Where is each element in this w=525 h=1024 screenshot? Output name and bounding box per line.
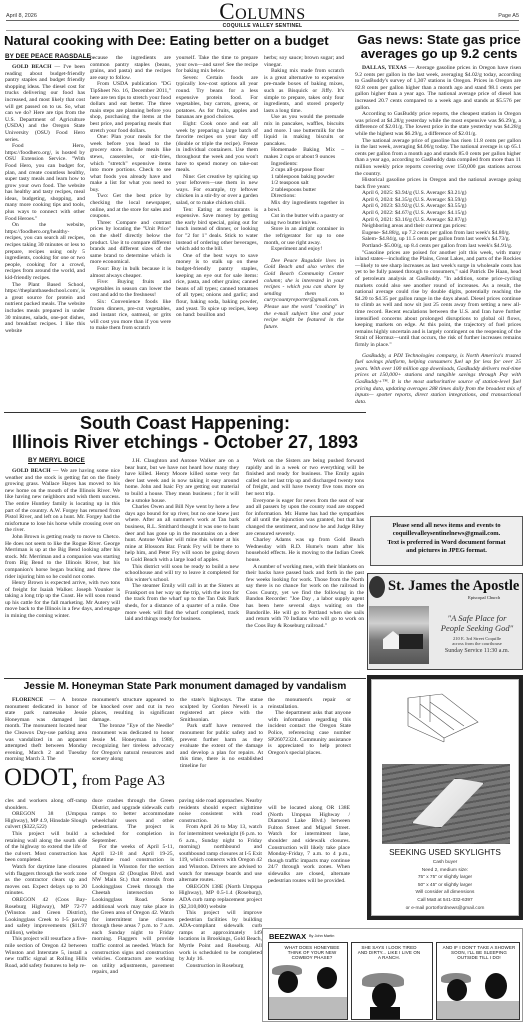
skylight-photo (382, 764, 510, 844)
skylights-ad-inner: SEEKING USED SKYLIGHTS Cash buyer Need 2… (371, 679, 519, 916)
paragraph: OREGON 42 (Coos Bay-Roseburg Highway), M… (5, 897, 87, 937)
paragraph: This district will soon be ready to buil… (125, 564, 239, 584)
paragraph: The bronze "Eye of the Needle" monument … (92, 723, 174, 763)
paragraph: For the weeks of April 5-11, April 12-18… (92, 844, 174, 976)
cooking-byline: BY DEE PEACE RAGSDALE (5, 53, 91, 60)
ad-line: Cash buyer (372, 859, 518, 867)
skylights-details: Cash buyer Need 2, medium size: 75" x 75… (372, 859, 518, 912)
notice-line: Text is preferred in Word document forma… (371, 539, 522, 547)
paragraph: FLORENCE — A bronze monument dedicated i… (5, 697, 87, 763)
paragraph: This project will improve pedestrian fac… (179, 910, 262, 963)
paragraph: Charles Owen and Bill Nye went by here a… (125, 504, 239, 563)
bar-counter (437, 1001, 519, 1019)
skylights-title: SEEKING USED SKYLIGHTS (372, 848, 518, 857)
church-roof (399, 634, 423, 649)
paragraph: Nine: Get creative by spicing up your le… (176, 174, 258, 207)
odot-headline-main: ODOT, (4, 764, 78, 791)
character-face (317, 967, 337, 989)
cooking-col-3: yourself. Take the time to prepare your … (176, 55, 258, 319)
character-shirt (370, 1007, 400, 1019)
paragraph: OREGON 138E (North Umpqua Highway), MP 0… (179, 884, 262, 910)
paragraph: Mix dry ingredients together in a bowl. (264, 200, 344, 213)
odot-col-4: will be located along OR 138E (North Ump… (268, 805, 350, 884)
paragraph: OREGON 38 (Umpqua Highway), MP 4.9, Hins… (5, 811, 87, 831)
submission-notice: Please send all news items and events to… (370, 516, 523, 566)
paragraph: Store in an airtight container in the re… (264, 226, 344, 246)
happening-headline-line-1: South Coast Happening: (4, 414, 366, 433)
neighbor-price: Portland- $5.00/g, up 8.4 cents per gall… (355, 243, 521, 250)
paragraph: According to GasBuddy price reports, the… (355, 111, 521, 137)
honeyman-col-4: the monument's repair or reinstallation.… (268, 697, 351, 756)
speech-bubble: SHE SAYS I LOOK TIRED AND DIRTY... LIKE … (356, 945, 422, 960)
ad-line: Need 2, medium size: (372, 867, 518, 875)
skylights-ad: SEEKING USED SKYLIGHTS Cash buyer Need 2… (367, 675, 523, 920)
paragraph: 1 tablespoon baking powder (264, 174, 344, 181)
paragraph: A number of working men, with their blan… (246, 564, 364, 630)
ad-line: 75" x 75" or slightly larger (372, 874, 518, 882)
paragraph: Directions: (264, 193, 344, 200)
church-denomination: Episcopal Church (468, 595, 500, 600)
church-tagline: "A Safe Place for People Seeking God" (432, 613, 522, 633)
tagline-line: "A Safe Place for (432, 613, 522, 623)
church-address: 210 E. 3rd Street Coquille across from t… (432, 636, 522, 646)
paragraph: the monument's repair or reinstallation. (268, 697, 351, 710)
church-ad: St. James the Apostle Episcopal Church "… (367, 573, 523, 670)
paragraph: John Brown is getting ready to move to C… (5, 534, 120, 580)
gas-headline-line-1: Gas news: State gas price (355, 33, 523, 47)
paragraph: Henry Brown is expected arrive, with two… (5, 580, 120, 620)
character-face (447, 979, 467, 1001)
notice-email-link[interactable]: coquillevalleysentinelnews@gmail.com. (371, 530, 522, 538)
paragraph: On the website, https://foodhero.org/hea… (5, 222, 85, 281)
masthead-rule (6, 20, 519, 21)
paragraph: Six: Convenience foods like frozen dinne… (90, 299, 171, 332)
comic-panel-1: WHAT DOES HONEYBEE THINK OF YOUR NEW COW… (268, 942, 348, 1020)
happening-col-3: Work on the Sisters are being pushed for… (246, 458, 364, 629)
skylight-dome-icon (412, 778, 484, 828)
paragraph: Construction in Roseburg (179, 963, 262, 970)
character-face (278, 971, 298, 993)
paragraph: From April 26 to May 13, watch for inter… (179, 824, 262, 883)
paragraph: Watch for daytime lane closures with fla… (5, 864, 87, 897)
comic-panel-3: AND IF I DON'T TAKE A SHOWER SOON, I'LL … (436, 942, 520, 1020)
honeyman-col-2: monument's structure appeared to be knoc… (92, 697, 174, 763)
paragraph: GOLD BEACH — I've been reading about bud… (5, 64, 85, 143)
church-photo (369, 606, 429, 664)
gas-headline: Gas news: State gas price averages go up… (355, 33, 523, 61)
cooking-col-1: GOLD BEACH — I've been reading about bud… (5, 64, 85, 334)
author-bio: Dee Peace Ragsdale lives in Gold Beach a… (264, 258, 344, 331)
paragraph: J.H. Claughton and Antone Walker are on … (125, 458, 239, 504)
paragraph: Work on the Sisters are being pushed for… (246, 458, 364, 498)
address-line: across from the courthouse (432, 641, 522, 646)
paragraph: The steamer Emily will call in at the Si… (125, 583, 239, 623)
church-name: St. James the Apostle (388, 578, 519, 595)
paragraph: Park staff have removed the monument for… (180, 723, 263, 769)
paragraph: Five: Buying fruits and vegetables in se… (90, 279, 171, 299)
paragraph: herbs; soy sauce; brown sugar; and vineg… (264, 55, 344, 68)
paragraph: Use as you would the premade mix in panc… (264, 114, 344, 147)
paragraph: Everyone is eager for news from the seat… (246, 498, 364, 538)
paragraph: The national average price of gasoline h… (355, 138, 521, 178)
comic-author: By John Martin (309, 934, 334, 938)
paragraph: Historical gasoline prices in Oregon and… (355, 177, 521, 190)
paper-name: COQUILLE VALLEY SENTINEL (0, 23, 525, 29)
paragraph: The department asks that anyone with inf… (268, 710, 351, 756)
comic-panel-2: SHE SAYS I LOOK TIRED AND DIRTY... LIKE … (351, 942, 433, 1020)
speech-bubble: AND IF I DON'T TAKE A SHOWER SOON, I'LL … (441, 945, 517, 960)
cooking-col-2: because the ingredients are common pantr… (90, 55, 171, 332)
cooking-col-4: herbs; soy sauce; brown sugar; and vineg… (264, 55, 344, 330)
quote: "Gasoline prices are poised for another … (355, 250, 521, 349)
masthead-rule-bottom (6, 30, 519, 31)
paragraph: yourself. Take the time to prepare your … (176, 55, 258, 75)
paragraph: paving side road approaches. Nearby resi… (179, 798, 262, 824)
paragraph: Food Hero, https://foodhero.org/, is hos… (5, 143, 85, 222)
church-service-time: Sunday Service 11:30 a.m. (432, 648, 522, 654)
notice-line: and pictures in JPEG format. (371, 547, 522, 555)
paragraph: 1/2 teaspoon salt (264, 180, 344, 187)
paragraph: 2 tablespoons butter (264, 187, 344, 194)
history-item: April 6, 2025: $3.94/g (U.S. Average: $3… (355, 190, 521, 197)
paragraph: 2 cups all-purpose flour (264, 167, 344, 174)
character-face (485, 973, 507, 999)
paragraph: Neighboring areas and their current gas … (355, 223, 521, 230)
happening-col-2: J.H. Claughton and Antone Walker are on … (125, 458, 239, 623)
paragraph: Homemade Baking Mix – makes 2 cups or ab… (264, 147, 344, 160)
paragraph: duce crashes through the Green District,… (92, 798, 174, 844)
ad-phone[interactable]: Call Matt at 541-332-6397 (372, 897, 518, 905)
odot-col-1: cles and workers along off-ramp shoulder… (5, 798, 87, 969)
paragraph: Three: Compare and contrast prices by lo… (90, 220, 171, 266)
comic-title: BEEZWAX (269, 932, 306, 941)
paragraph: Eight: Cook once and eat all week by pre… (176, 121, 258, 174)
paragraph: Four: Buy in bulk because it is almost a… (90, 266, 171, 279)
notice-text: Please send all news items and events to… (371, 517, 522, 555)
section-divider (4, 678, 366, 679)
odot-jump-label: from Page A3 (78, 773, 165, 789)
paragraph: Experiment and enjoy! (264, 246, 344, 253)
paragraph: will be located along OR 138E (North Ump… (268, 805, 350, 884)
paragraph: DALLAS, TEXAS — Average gasoline prices … (355, 65, 521, 111)
ad-line: 50" x 45" or slightly larger (372, 882, 518, 890)
paragraph: Two: Get the best price by checking the … (90, 193, 171, 219)
bar-counter (269, 997, 347, 1019)
paragraph: Cut in the butter with a pastry or using… (264, 213, 344, 226)
odot-headline: ODOT, from Page A3 (4, 766, 165, 793)
paragraph: Seven: Certain foods are typically low-c… (176, 75, 258, 121)
gas-headline-line-2: averages go up 9.2 cents (355, 47, 523, 61)
paragraph: Ten: Eating at restaurants is expensive.… (176, 207, 258, 253)
happening-headline-line-2: Illinois River etchings - October 27, 18… (4, 433, 366, 452)
happening-byline: BY MERYL BOICE (28, 457, 85, 464)
happening-col-1: GOLD BEACH — We are having some nice wea… (5, 468, 120, 620)
odot-col-2: duce crashes through the Green District,… (92, 798, 174, 976)
character-face (372, 983, 396, 1009)
odot-col-3: paving side road approaches. Nearby resi… (179, 798, 262, 969)
honeyman-headline: Jessie M. Honeyman State Park monument d… (4, 682, 366, 693)
notice-line: Please send all news items and events to (371, 522, 522, 530)
cooking-headline: Natural cooking with Dee: Eating better … (4, 34, 266, 48)
paragraph: cles and workers along off-ramp shoulder… (5, 798, 87, 811)
history-item: April 6, 2022: $4.67/g (U.S. Average: $4… (355, 210, 521, 217)
paragraph: The Plant Based School, https://theplant… (5, 282, 85, 335)
church-seal-icon (369, 576, 385, 598)
paragraph: the state's highways. The statue sculpte… (180, 697, 263, 723)
paragraph: Baking mix made from scratch is a great … (264, 68, 344, 114)
paragraph: GOLD BEACH — We are having some nice wea… (5, 468, 120, 534)
happening-headline: South Coast Happening: Illinois River et… (4, 414, 366, 452)
honeyman-col-1: FLORENCE — A bronze monument dedicated i… (5, 697, 87, 763)
gas-body: DALLAS, TEXAS — Average gasoline prices … (355, 65, 521, 405)
beezwax-comic: BEEZWAX By John Martin WHAT DOES HONEYBE… (262, 928, 523, 1022)
history-item: April 6, 2021: $3.16/g (U.S. Average: $2… (355, 217, 521, 224)
ad-email[interactable]: or e-mail portorfordnews@gmail.com (372, 905, 518, 913)
speech-bubble: WHAT DOES HONEYBEE THINK OF YOUR NEW COW… (281, 945, 343, 960)
paragraph: Charley Adams was up from Gold Beach Wed… (246, 537, 364, 563)
skylight-diagram-icon (402, 692, 482, 744)
honeyman-col-3: the state's highways. The statue sculpte… (180, 697, 263, 770)
ad-line: Will consider all dimensions (372, 889, 518, 897)
paragraph: This project will build a retaining wall… (5, 831, 87, 864)
paragraph: One: Plan your meals for the week before… (90, 134, 171, 193)
gasbuddy-about: GasBuddy, a PDI Technologies company, is… (355, 353, 521, 406)
paragraph: because the ingredients are common pantr… (90, 55, 171, 81)
paragraph: From USDA publication "DG TipSheet No. 1… (90, 81, 171, 134)
paragraph: monument's structure appeared to be knoc… (92, 697, 174, 723)
paragraph: One of the best ways to save money is to… (176, 253, 258, 319)
paragraph: This project will resurface a five-mile … (5, 936, 87, 969)
tagline-line: People Seeking God" (432, 623, 522, 633)
page-number: Page A5 (498, 13, 519, 19)
